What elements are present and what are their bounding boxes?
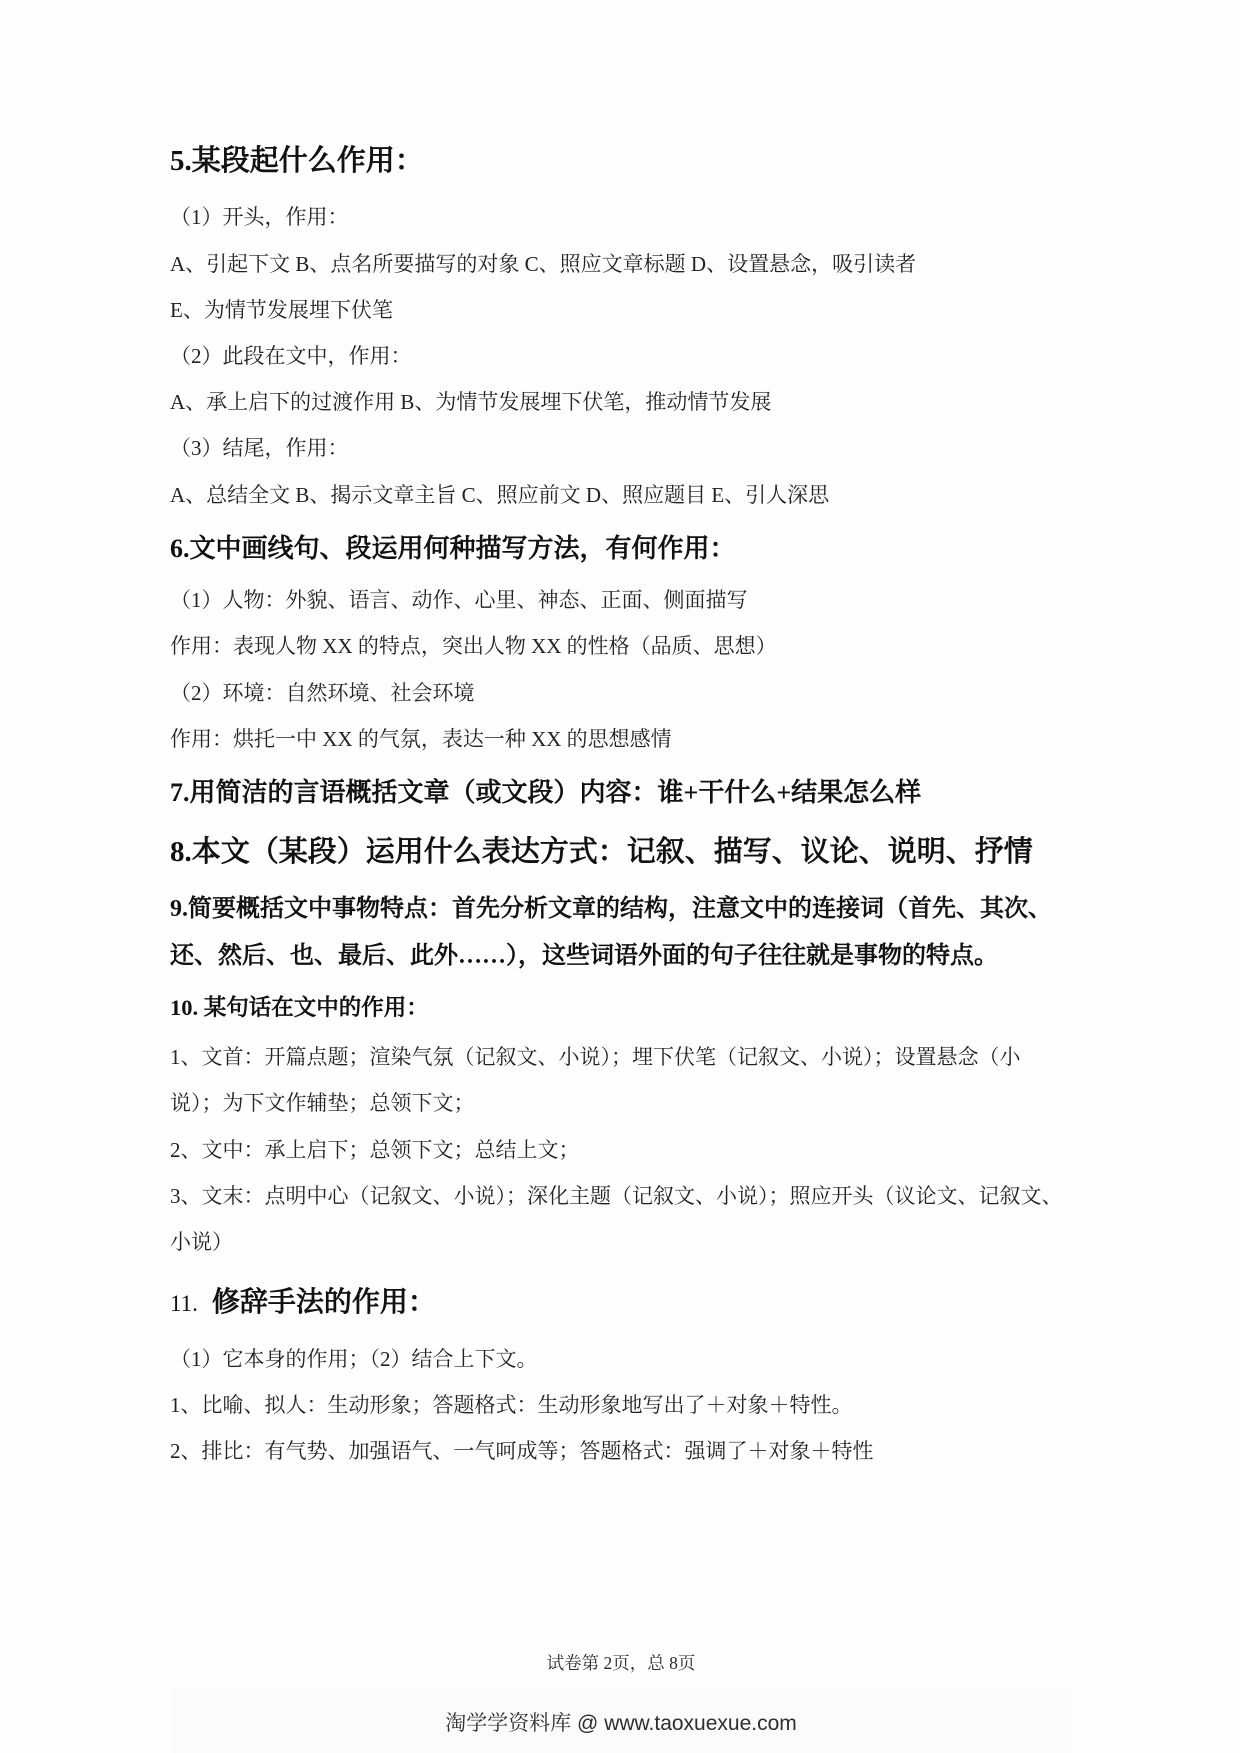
paragraph-10-1: 1、文首：开篇点题；渲染气氛（记叙文、小说）；埋下伏笔（记叙文、小说）；设置悬念…: [170, 1034, 1072, 1126]
page-footer: 试卷第 2页，总 8页: [170, 1650, 1072, 1689]
section-heading-11: 11.修辞手法的作用：: [170, 1281, 1072, 1326]
watermark: 淘学学资料库 @ www.taoxuexue.com: [170, 1689, 1072, 1753]
paragraph-6-1: （1）人物：外貌、语言、动作、心里、神态、正面、侧面描写: [170, 577, 1072, 623]
section-heading-6: 6.文中画线句、段运用何种描写方法，有何作用：: [170, 526, 1072, 572]
document-content: 5.某段起什么作用： （1）开头，作用： A、引起下文 B、点名所要描写的对象 …: [170, 138, 1072, 1474]
paragraph-6-2-effect: 作用：烘托一中 XX 的气氛，表达一种 XX 的思想感情: [170, 716, 1072, 762]
heading-11-title: 修辞手法的作用：: [212, 1287, 436, 1318]
section-heading-7: 7.用简洁的言语概括文章（或文段）内容：谁+干什么+结果怎么样: [170, 770, 1072, 816]
paragraph-10-2: 2、文中：承上启下；总领下文；总结上文；: [170, 1127, 1072, 1173]
paragraph-5-1-options: A、引起下文 B、点名所要描写的对象 C、照应文章标题 D、设置悬念，吸引读者: [170, 241, 1072, 287]
paragraph-5-3-options: A、总结全文 B、揭示文章主旨 C、照应前文 D、照应题目 E、引人深思: [170, 472, 1072, 518]
paragraph-11-1: 1、比喻、拟人：生动形象；答题格式：生动形象地写出了＋对象＋特性。: [170, 1382, 1072, 1428]
paragraph-11-2: 2、排比：有气势、加强语气、一气呵成等；答题格式：强调了＋对象＋特性: [170, 1428, 1072, 1474]
paragraph-6-2: （2）环境：自然环境、社会环境: [170, 670, 1072, 716]
heading-11-number: 11.: [170, 1291, 198, 1316]
paragraph-10-3: 3、文末：点明中心（记叙文、小说）；深化主题（记叙文、小说）；照应开头（议论文、…: [170, 1173, 1072, 1265]
paragraph-5-1: （1）开头，作用：: [170, 194, 1072, 240]
section-heading-8: 8.本文（某段）运用什么表达方式：记叙、描写、议论、说明、抒情: [170, 829, 1072, 875]
paragraph-11-intro: （1）它本身的作用；（2）结合上下文。: [170, 1336, 1072, 1382]
document-page: 5.某段起什么作用： （1）开头，作用： A、引起下文 B、点名所要描写的对象 …: [0, 0, 1240, 1753]
paragraph-5-1-option-e: E、为情节发展埋下伏笔: [170, 287, 1072, 333]
paragraph-5-2-options: A、承上启下的过渡作用 B、为情节发展埋下伏笔，推动情节发展: [170, 379, 1072, 425]
section-heading-10: 10. 某句话在文中的作用：: [170, 987, 1072, 1030]
paragraph-5-3: （3）结尾，作用：: [170, 425, 1072, 471]
section-heading-9: 9.简要概括文中事物特点：首先分析文章的结构，注意文中的连接词（首先、其次、还、…: [170, 886, 1072, 980]
section-heading-5: 5.某段起什么作用：: [170, 138, 1072, 184]
paragraph-5-2: （2）此段在文中，作用：: [170, 333, 1072, 379]
paragraph-6-1-effect: 作用：表现人物 XX 的特点，突出人物 XX 的性格（品质、思想）: [170, 623, 1072, 669]
